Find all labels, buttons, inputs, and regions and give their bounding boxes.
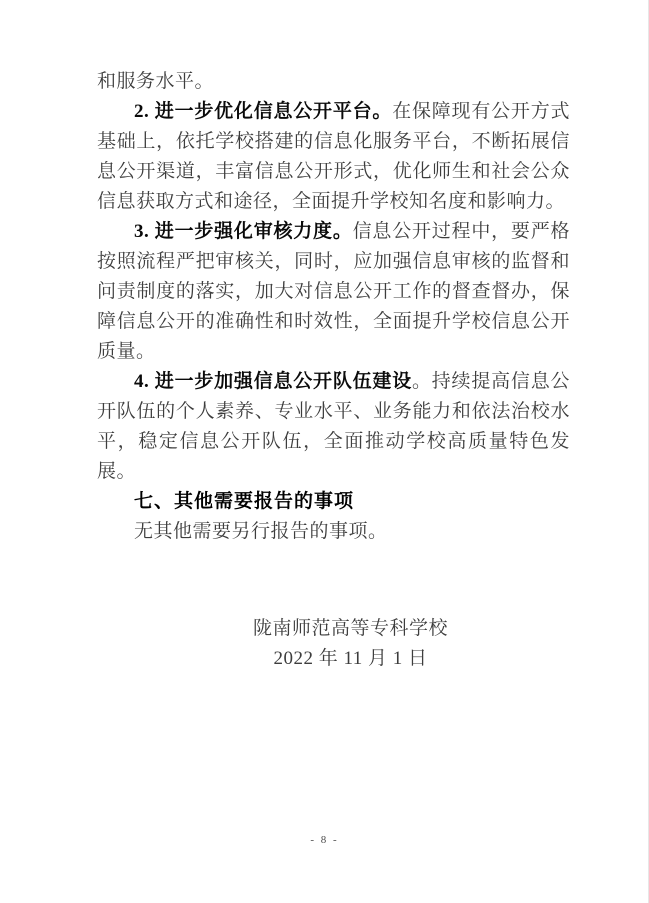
paragraph: 2. 进一步优化信息公开平台。在保障现有公开方式基础上，依托学校搭建的信息化服务… bbox=[97, 97, 570, 217]
paragraph-text: 和服务水平。 bbox=[97, 71, 214, 92]
signature-date: 2022 年 11 月 1 日 bbox=[131, 644, 570, 674]
paragraph: 3. 进一步强化审核力度。信息公开过程中，要严格按照流程严把审核关，同时，应加强… bbox=[97, 217, 570, 367]
body-text: 和服务水平。 2. 进一步优化信息公开平台。在保障现有公开方式基础上，依托学校搭… bbox=[97, 67, 570, 674]
paragraph: 和服务水平。 bbox=[97, 67, 570, 97]
paragraph-lead: 4. 进一步加强信息公开队伍建设 bbox=[134, 371, 412, 392]
page-number: - 8 - bbox=[0, 833, 649, 848]
paragraph-lead: 3. 进一步强化审核力度。 bbox=[134, 221, 353, 242]
closing-paragraph: 无其他需要另行报告的事项。 bbox=[97, 517, 570, 547]
paragraph-lead: 2. 进一步优化信息公开平台。 bbox=[134, 101, 392, 122]
document-page: 和服务水平。 2. 进一步优化信息公开平台。在保障现有公开方式基础上，依托学校搭… bbox=[0, 0, 649, 903]
section-heading: 七、其他需要报告的事项 bbox=[97, 487, 570, 517]
signature-block: 陇南师范高等专科学校 2022 年 11 月 1 日 bbox=[97, 614, 570, 674]
paragraph: 4. 进一步加强信息公开队伍建设。持续提高信息公开队伍的个人素养、专业水平、业务… bbox=[97, 367, 570, 487]
signature-organization: 陇南师范高等专科学校 bbox=[131, 614, 570, 644]
paragraph-text: 信息公开过程中，要严格按照流程严把审核关，同时，应加强信息审核的监督和问责制度的… bbox=[97, 221, 570, 362]
